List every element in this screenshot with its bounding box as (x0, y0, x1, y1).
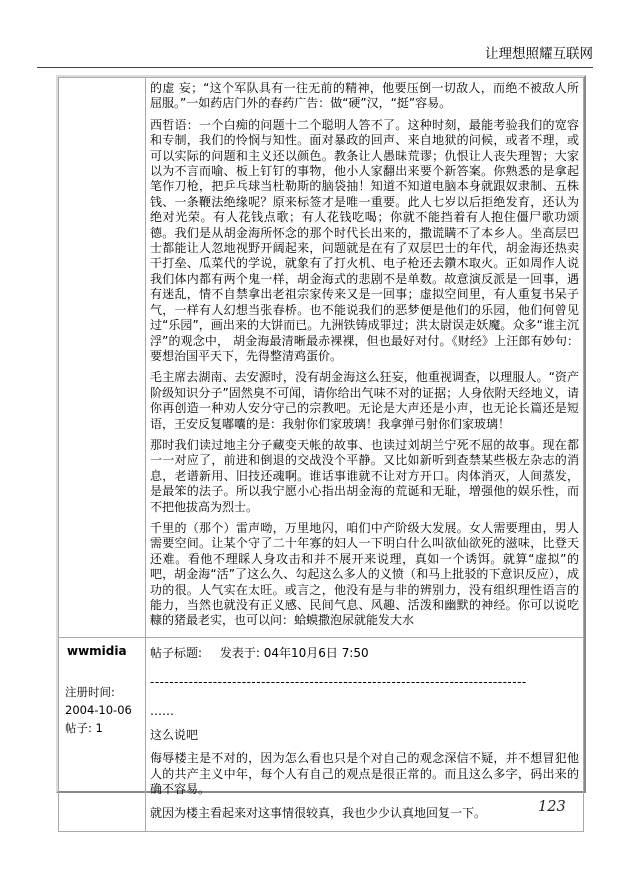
post-paragraph: 千里的（那个）雷声呦，万里地闪，咱们中产阶级大发展。女人需要理由，男人需要空间。… (150, 521, 579, 629)
reply-ellipsis: …… (150, 704, 579, 719)
author-username: wwmidia (67, 644, 141, 659)
reply-paragraph: 就因为楼主看起来对这事情很较真，我也少少认真地回复一下。 (150, 806, 579, 821)
reply-title-label: 帖子标题: (150, 646, 202, 660)
post-paragraph: 那时我们读过地主分子藏变天帐的故事、也读过刘胡兰宁死不屈的故事。现在都一一对应了… (150, 438, 579, 515)
page-header: 让理想照耀互联网 (37, 42, 593, 68)
author-registered-date: 2004-10-06 (65, 701, 141, 719)
author-post-count: 帖子: 1 (65, 719, 141, 737)
reply-author-cell: wwmidia 注册时间: 2004-10-06 帖子: 1 (59, 637, 146, 831)
post-paragraph: 毛主席去湖南、去安源时，没有胡金海这么狂妄，他重视调查，以理服人。“资产阶级知识… (150, 370, 579, 432)
post-body-cell: 的虚 妄；“这个军队具有一往无前的精神，他要压倒一切敌人，而绝不被敌人所屈服。”… (146, 78, 584, 638)
page-number: 123 (538, 799, 566, 815)
forum-thread-table: 的虚 妄；“这个军队具有一往无前的精神，他要压倒一切敌人，而绝不被敌人所屈服。”… (58, 77, 584, 832)
reply-meta: 帖子标题: 发表于: 04年10月6日 7:50 (150, 646, 579, 661)
reply-row: wwmidia 注册时间: 2004-10-06 帖子: 1 帖子标题: 发表于… (59, 637, 584, 831)
post-paragraph: 的虚 妄；“这个军队具有一往无前的精神，他要压倒一切敌人，而绝不被敌人所屈服。”… (150, 81, 579, 112)
post-body-author-cell-empty (59, 78, 146, 638)
document-page: 让理想照耀互联网 的虚 妄；“这个军队具有一往无前的精神，他要压倒一切敌人，而绝… (0, 0, 630, 891)
post-body-row: 的虚 妄；“这个军队具有一往无前的精神，他要压倒一切敌人，而绝不被敌人所屈服。”… (59, 78, 584, 638)
forum-thread-table-border: 的虚 妄；“这个军队具有一往无前的精神，他要压倒一切敌人，而绝不被敌人所屈服。”… (56, 75, 586, 793)
reply-paragraph: 侮辱楼主是不对的，因为怎么看也只是个对自己的观念深信不疑，并不想冒犯他人的共产主… (150, 751, 579, 797)
page-header-title: 让理想照耀互联网 (485, 46, 593, 62)
author-registered-label: 注册时间: (65, 683, 141, 701)
reply-posted-at: 发表于: 04年10月6日 7:50 (220, 646, 369, 660)
reply-post-cell: 帖子标题: 发表于: 04年10月6日 7:50 ---------------… (146, 637, 584, 831)
reply-body-text: 这么说吧 侮辱楼主是不对的，因为怎么看也只是个对自己的观念深信不疑，并不想冒犯他… (150, 728, 579, 821)
post-body-text: 的虚 妄；“这个军队具有一往无前的精神，他要压倒一切敌人，而绝不被敌人所屈服。”… (150, 81, 579, 629)
post-paragraph: 西哲语：一个白痴的问题十二个聪明人答不了。这种时刻，最能考验我们的宽容和专制，我… (150, 118, 579, 365)
reply-divider: ----------------------------------------… (150, 675, 579, 690)
reply-paragraph: 这么说吧 (150, 728, 579, 743)
